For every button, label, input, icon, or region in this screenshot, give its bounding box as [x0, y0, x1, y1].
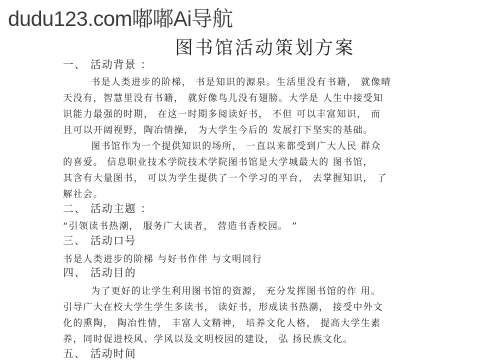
- paragraph-line: “引领读书热潮， 服务广大读者， 营造书香校园。 ”: [63, 218, 298, 232]
- section-heading-theme: 二、 活动主题 ：: [63, 201, 152, 216]
- paragraph-line: 书是人类进步的阶梯， 书是知识的源泉。生活里没有书籍， 就像晴: [91, 74, 391, 88]
- paragraph-line: 图书馆作为一个提供知识的场所， 一直以来都受到广大人民 群众: [91, 138, 381, 152]
- paragraph-line: 引导广大在校大学生学生多读书， 读好书，形成读书热潮， 接受中外文: [63, 299, 383, 313]
- paragraph-line: 识能力最强的时期， 在这一时期多阅读好书， 不但 可以丰富知识， 而: [63, 106, 381, 120]
- watermark-text: dudu123.com嘟嘟Ai导航: [8, 3, 233, 33]
- paragraph-line: 书是人类进步的阶梯 与好书作伴 与文明同行: [63, 251, 262, 265]
- paragraph-line: 养，同时促进校风、学风以及文明校园的建设， 弘 扬民族文化。: [63, 331, 353, 345]
- section-heading-time: 五、 活动时间: [63, 346, 136, 360]
- section-heading-purpose: 四、 活动目的: [63, 265, 136, 280]
- paragraph-line: 的喜爱。 信息职业技术学院技术学院图书馆是大学城最大的 图书馆，: [63, 154, 373, 168]
- paragraph-line: 天没有，智慧里没有书籍， 就好像鸟儿没有翅膀。大学是 人生中接受知: [63, 90, 383, 104]
- paragraph-line: 解社会。: [63, 186, 103, 200]
- paragraph-line: 为了更好的让学生利用图书馆的资源， 充分发挥图书馆的作 用。: [91, 283, 381, 297]
- paragraph-line: 化的熏陶， 陶冶性情， 丰富人文精神， 培养文化人格， 提高大学生素: [63, 315, 381, 329]
- paragraph-line: 且可以开阔视野，陶冶情操， 为大学生今后的 发展打下坚实的基础。: [63, 122, 373, 136]
- section-heading-slogan: 三、 活动口号: [63, 233, 136, 248]
- section-heading-background: 一、 活动背景 ：: [63, 57, 152, 72]
- paragraph-line: 其含有大量图书， 可以为学生提供了一个学习的平台， 去掌握知识， 了: [63, 170, 387, 184]
